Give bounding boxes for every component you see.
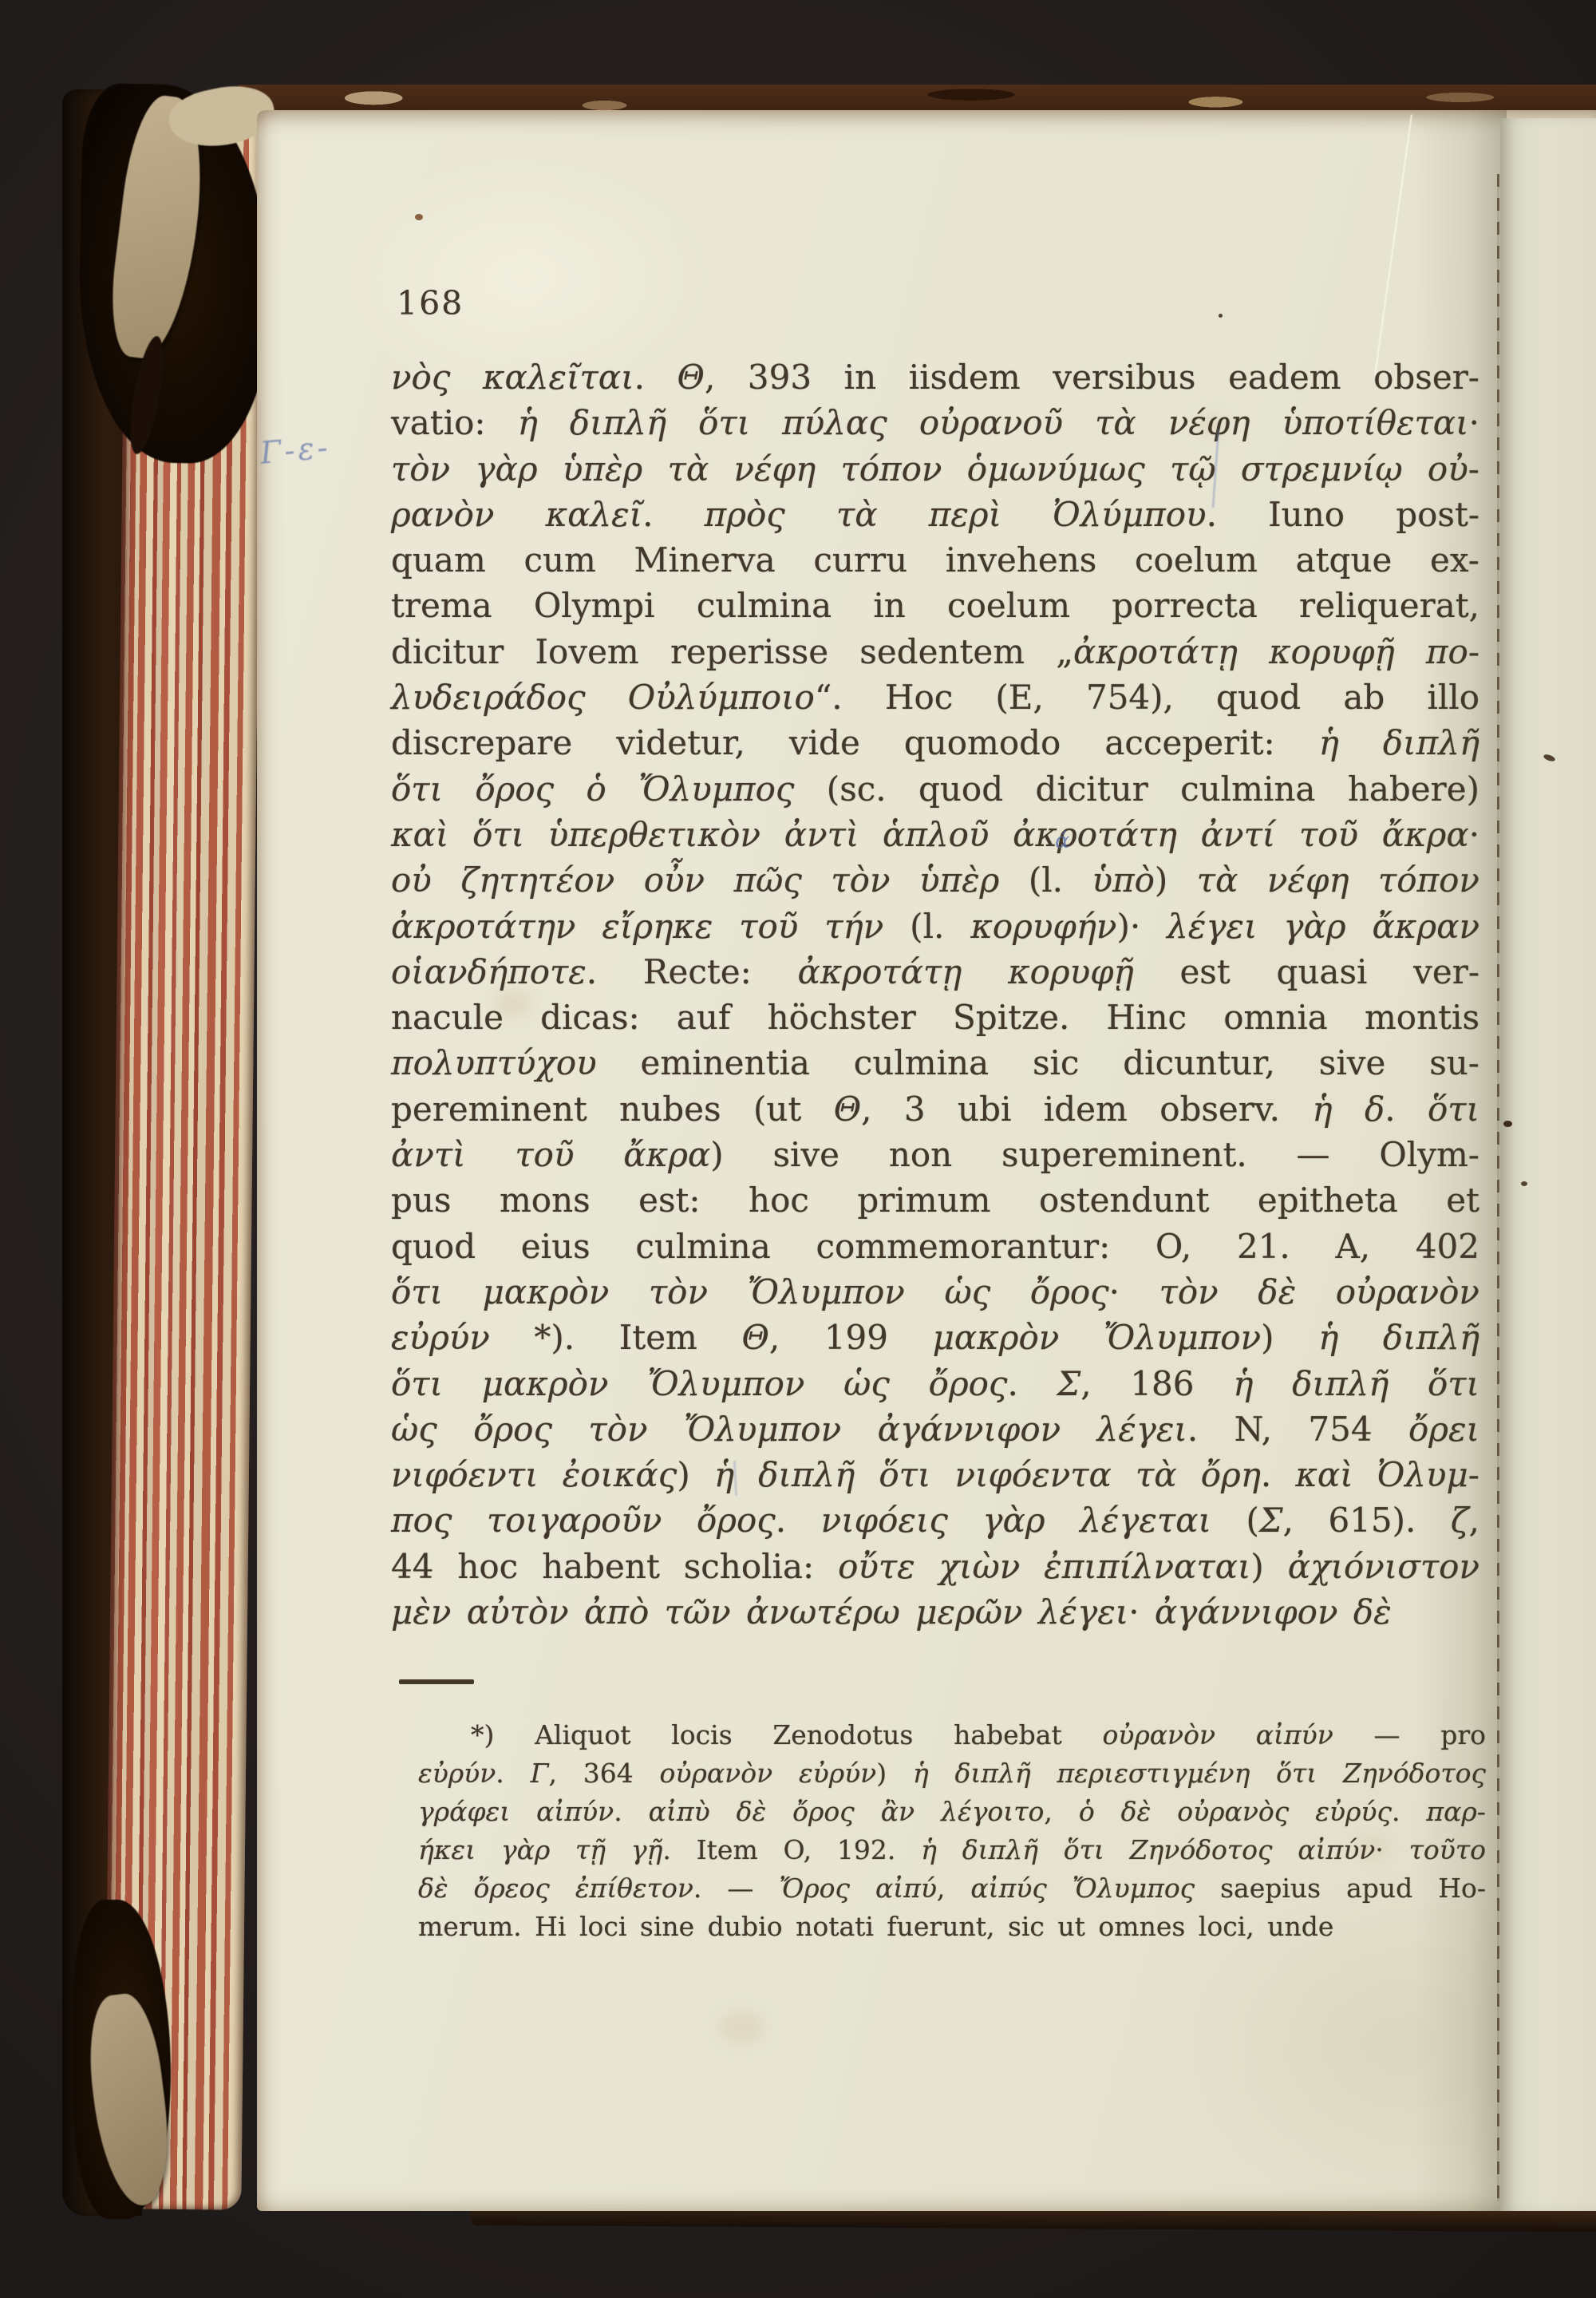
body-text-line: discrepare videtur, vide quomodo acceper…	[391, 720, 1479, 765]
footnote-text-line: γράφει αἰπύν. αἰπὺ δὲ ὄρος ἂν λέγοιτο, ὁ…	[418, 1793, 1486, 1831]
body-text-line: πολυπτύχου eminentia culmina sic dicuntu…	[391, 1040, 1479, 1086]
ink-speck	[1503, 1121, 1512, 1127]
body-text-line: καὶ ὅτι ὑπερθετικὸν ἀντὶ ἁπλοῦ ἀκροτάτη …	[391, 812, 1479, 857]
footnote-block: *) Aliquot locis Zenodotus habebat οὐραν…	[418, 1716, 1486, 1946]
body-text-line: ὡς ὄρος τὸν Ὄλυμπον ἀγάννιφον λέγει. N, …	[391, 1406, 1479, 1452]
blue-pen-correction: ά	[1055, 829, 1069, 853]
body-text-line: οὐ ζητητέον οὖν πῶς τὸν ὑπὲρ (l. ὑπὸ) τὰ…	[391, 857, 1479, 903]
body-text-line: τὸν γὰρ ὑπὲρ τὰ νέφη τόπον ὁμωνύμως τῷ σ…	[391, 446, 1479, 492]
body-text-line: μὲν αὐτὸν ἀπὸ τῶν ἀνωτέρω μερῶν λέγει· ἀ…	[391, 1589, 1479, 1635]
body-text-line: πος τοιγαροῦν ὄρος. νιφόεις γὰρ λέγεται …	[391, 1497, 1479, 1543]
body-text-line: 44 hoc habent scholia: οὔτε χιὼν ἐπιπίλν…	[391, 1544, 1479, 1589]
footnote-text-line: δὲ ὄρεος ἐπίθετον. — Ὄρος αἰπύ, αἰπύς Ὄλ…	[418, 1869, 1486, 1908]
body-text-line: quam cum Minerva curru invehens coelum a…	[391, 537, 1479, 583]
body-text-line: ρανὸν καλεῖ. πρὸς τὰ περὶ Ὀλύμπου. Iuno …	[391, 492, 1479, 537]
footnote-text-line: ήκει γὰρ τῇ γῇ. Item O, 192. ἡ διπλῆ ὅτι…	[418, 1831, 1486, 1869]
body-text-line: νὸς καλεῖται. Θ, 393 in iisdem versibus …	[391, 354, 1479, 400]
body-text-line: ὅτι ὄρος ὁ Ὄλυμπος (sc. quod dicitur cul…	[391, 766, 1479, 812]
photo-background: { "page": { "number": "168", "body_lines…	[0, 0, 1596, 2298]
book-page: 168 νὸς καλεῖται. Θ, 393 in iisdem versi…	[257, 110, 1596, 2211]
paper-fleck	[415, 214, 423, 220]
foxing-spot	[718, 2011, 764, 2043]
body-text-block: νὸς καλεῖται. Θ, 393 in iisdem versibus …	[391, 354, 1479, 1635]
body-text-line: ὅτι μακρὸν Ὄλυμπον ὡς ὄρος. Σ, 186 ἡ διπ…	[391, 1361, 1479, 1406]
body-text-line: εὐρύν *). Item Θ, 199 μακρὸν Ὄλυμπον) ἡ …	[391, 1315, 1479, 1360]
footnote-text-line: *) Aliquot locis Zenodotus habebat οὐραν…	[418, 1716, 1486, 1754]
body-text-line: ἀκροτάτην εἴρηκε τοῦ τήν (l. κορυφήν)· λ…	[391, 904, 1479, 949]
handwritten-margin-annotation: Γ-ε-	[259, 429, 332, 471]
footnote-text-line: εὐρύν. Γ, 364 οὐρανὸν εὐρύν) ἡ διπλῆ περ…	[418, 1754, 1486, 1793]
body-text-line: ὅτι μακρὸν τὸν Ὄλυμπον ὡς ὄρος· τὸν δὲ ο…	[391, 1269, 1479, 1315]
body-text-line: dicitur Iovem reperisse sedentem „ἀκροτά…	[391, 629, 1479, 674]
body-text-line: pereminent nubes (ut Θ, 3 ubi idem obser…	[391, 1086, 1479, 1132]
paper-crease-crack	[1374, 114, 1412, 375]
body-text-line: νιφόεντι ἐοικάς) ἡ διπλῆ ὅτι νιφόεντα τὰ…	[391, 1452, 1479, 1497]
page-number: 168	[397, 284, 464, 322]
body-text-line: pus mons est: hoc primum ostendunt epith…	[391, 1177, 1479, 1223]
body-text-line: quod eius culmina commemorantur: O, 21. …	[391, 1224, 1479, 1269]
footnote-separator-rule	[399, 1679, 474, 1684]
body-text-line: οἱανδήποτε. Recte: ἀκροτάτῃ κορυφῇ est q…	[391, 949, 1479, 995]
footnote-text-line: merum. Hi loci sine dubio notati fuerunt…	[418, 1908, 1486, 1946]
body-text-line: nacule dicas: auf höchster Spitze. Hinc …	[391, 995, 1479, 1040]
ink-speck	[1521, 1181, 1527, 1186]
gutter-crease-line	[1497, 174, 1499, 2201]
body-text-line: ἀντὶ τοῦ ἄκρα) sive non supereminent. — …	[391, 1132, 1479, 1177]
body-text-line: vatio: ἡ διπλῆ ὅτι πύλας οὐρανοῦ τὰ νέφη…	[391, 400, 1479, 445]
body-text-line: trema Olympi culmina in coelum porrecta …	[391, 583, 1479, 628]
adjacent-page-edge	[1500, 118, 1596, 2211]
ink-speck	[1219, 314, 1223, 318]
body-text-line: λυδειράδος Οὐλύμποιο“. Hoc (E, 754), quo…	[391, 674, 1479, 720]
